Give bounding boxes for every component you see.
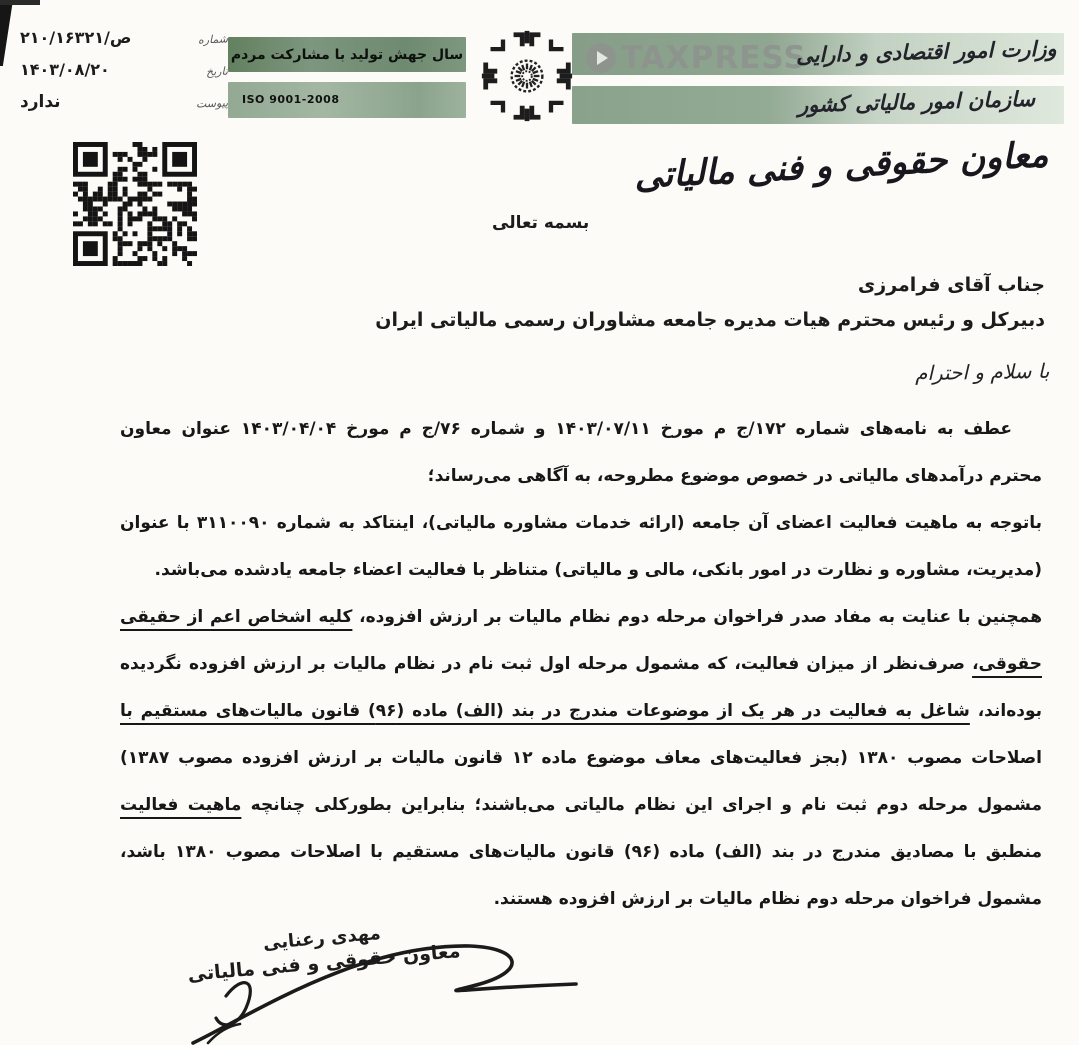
iso-banner: ISO 9001-2008 <box>228 82 466 118</box>
slogan-banner: سال جهش تولید با مشارکت مردم <box>228 37 466 72</box>
letter-number: ۲۱۰/۱۶۳۲۱/ص <box>20 28 131 47</box>
meta-row-attachment: پیوست ندارد <box>20 92 228 112</box>
letter-date: ۱۴۰۳/۰۸/۲۰ <box>20 60 110 79</box>
bismillah: بسمه تعالی <box>492 213 589 233</box>
body-text: عطف به نامه‌های شماره ۱۷۲/ج م مورخ ۱۴۰۳/… <box>120 419 1012 439</box>
letter-meta-block: شماره ۲۱۰/۱۶۳۲۱/ص تاریخ ۱۴۰۳/۰۸/۲۰ پیوست… <box>20 28 228 125</box>
salutation-handwriting: با سلام و احترام <box>914 359 1049 385</box>
attachment-label: پیوست <box>196 96 229 110</box>
body-text: (مدیریت، مشاوره و نظارت در امور بانکی، م… <box>155 560 1042 580</box>
underlined-phrase: حقوقی، <box>972 654 1042 674</box>
slogan-text: سال جهش تولید با مشارکت مردم <box>231 47 463 63</box>
body-text: اصلاحات مصوب ۱۳۸۰ (بجز فعالیت‌های معاف م… <box>120 748 1042 768</box>
body-line: بوده‌اند، شاغل به فعالیت در هر یک از موض… <box>120 688 1042 735</box>
deputy-calligraphy-title: معاون حقوقی و فنی مالیاتی <box>634 135 1050 197</box>
body-line: عطف به نامه‌های شماره ۱۷۲/ج م مورخ ۱۴۰۳/… <box>120 406 1042 453</box>
letter-body: عطف به نامه‌های شماره ۱۷۲/ج م مورخ ۱۴۰۳/… <box>120 406 1042 923</box>
handwritten-signature-icon <box>148 922 598 1045</box>
body-text: همچنین با عنایت به مفاد صدر فراخوان مرحل… <box>352 607 1042 627</box>
body-text: بوده‌اند، <box>970 701 1042 721</box>
scan-artifact <box>0 0 40 5</box>
taxpress-logo-icon <box>586 43 616 73</box>
body-line: (مدیریت، مشاوره و نظارت در امور بانکی، م… <box>120 547 1042 594</box>
attachment-value: ندارد <box>20 92 61 112</box>
taxpress-watermark: TAXPRESS <box>586 40 807 76</box>
meta-row-number: شماره ۲۱۰/۱۶۳۲۱/ص <box>20 28 228 47</box>
qr-code-icon <box>73 142 197 266</box>
body-line: محترم درآمدهای مالیاتی در خصوص موضوع مطر… <box>120 453 1042 500</box>
body-line: منطبق با مصادیق مندرج در بند (الف) ماده … <box>120 829 1042 876</box>
body-text: محترم درآمدهای مالیاتی در خصوص موضوع مطر… <box>428 466 1042 486</box>
date-label: تاریخ <box>206 65 228 79</box>
scanned-letter-page: شماره ۲۱۰/۱۶۳۲۱/ص تاریخ ۱۴۰۳/۰۸/۲۰ پیوست… <box>0 0 1079 1045</box>
taxpress-text: TAXPRESS <box>621 40 807 76</box>
body-line: حقوقی، صرف‌نظر از میزان فعالیت، که مشمول… <box>120 641 1042 688</box>
body-text: منطبق با مصادیق مندرج در بند (الف) ماده … <box>120 842 1042 862</box>
scan-artifact <box>0 0 13 66</box>
body-line: همچنین با عنایت به مفاد صدر فراخوان مرحل… <box>120 594 1042 641</box>
body-line: مشمول مرحله دوم ثبت نام و اجرای این نظام… <box>120 782 1042 829</box>
body-line: باتوجه به ماهیت فعالیت اعضای آن جامعه (ا… <box>120 500 1042 547</box>
recipient-title: دبیرکل و رئیس محترم هیات مدیره جامعه مشا… <box>375 309 1045 331</box>
body-line: اصلاحات مصوب ۱۳۸۰ (بجز فعالیت‌های معاف م… <box>120 735 1042 782</box>
body-text: مشمول فراخوان مرحله دوم نظام مالیات بر ا… <box>494 889 1042 909</box>
body-text: صرف‌نظر از میزان فعالیت، که مشمول مرحله … <box>120 654 972 674</box>
iso-certification: ISO 9001-2008 <box>242 93 340 106</box>
recipient-name: جناب آقای فرامرزی <box>858 274 1045 296</box>
underlined-phrase: شاغل به فعالیت در هر یک از موضوعات مندرج… <box>120 701 970 721</box>
body-line: مشمول فراخوان مرحله دوم نظام مالیات بر ا… <box>120 876 1042 923</box>
number-label: شماره <box>198 32 228 46</box>
body-text: مشمول مرحله دوم ثبت نام و اجرای این نظام… <box>241 795 1042 815</box>
meta-row-date: تاریخ ۱۴۰۳/۰۸/۲۰ <box>20 60 228 79</box>
tax-organization-emblem-icon <box>478 28 576 124</box>
body-text: باتوجه به ماهیت فعالیت اعضای آن جامعه (ا… <box>120 513 1042 533</box>
